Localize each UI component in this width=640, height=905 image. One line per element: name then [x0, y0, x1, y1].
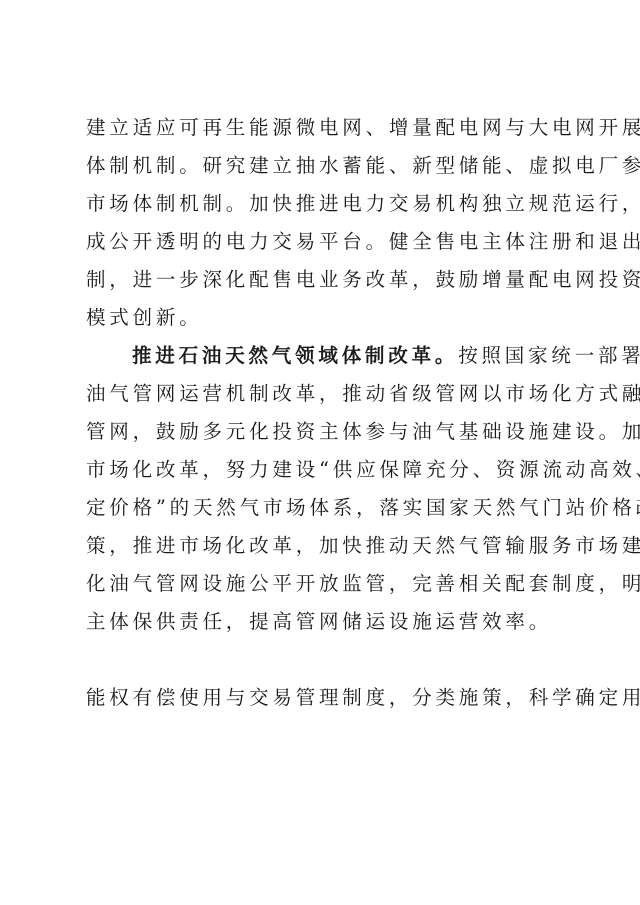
text-line: 化油气管网设施公平开放监管，完善相关配套制度，明确市场: [86, 569, 556, 599]
text-line: 市场化改革，努力建设“供应保障充分、资源流动高效、市场决: [86, 455, 556, 485]
paragraph-lead-heading: 推进石油天然气领域体制改革。: [132, 344, 458, 367]
text-line: 油气管网运营机制改革，推动省级管网以市场化方式融入国家: [86, 379, 556, 409]
text-line: 建立适应可再生能源微电网、增量配电网与大电网开展交易的: [86, 113, 556, 143]
text-line: 能权有偿使用与交易管理制度，分类施策，科学确定用能单位: [86, 683, 556, 713]
text-line: 制，进一步深化配售电业务改革，鼓励增量配电网投资与运营: [86, 265, 556, 295]
text-line: 策，推进市场化改革，加快推动天然气管输服务市场建设。强: [86, 531, 556, 561]
text-line: 主体保供责任，提高管网储运设施运营效率。: [86, 607, 556, 637]
document-page: 建立适应可再生能源微电网、增量配电网与大电网开展交易的 体制机制。研究建立抽水蓄…: [0, 0, 640, 905]
text-line: 市场体制机制。加快推进电力交易机构独立规范运行，全面建: [86, 189, 556, 219]
text-line: 体制机制。研究建立抽水蓄能、新型储能、虚拟电厂参与电力: [86, 151, 556, 181]
text-line: 成公开透明的电力交易平台。健全售电主体注册和退出淘汰机: [86, 227, 556, 257]
paragraph-first-line: 推进石油天然气领域体制改革。按照国家统一部署，推进: [132, 341, 602, 371]
text-line: 模式创新。: [86, 303, 556, 333]
text-line: 定价格”的天然气市场体系，落实国家天然气门站价格改革政: [86, 493, 556, 523]
text-span: 按照国家统一部署，推进: [458, 344, 640, 367]
text-line: 管网，鼓励多元化投资主体参与油气基础设施建设。加快油气: [86, 417, 556, 447]
